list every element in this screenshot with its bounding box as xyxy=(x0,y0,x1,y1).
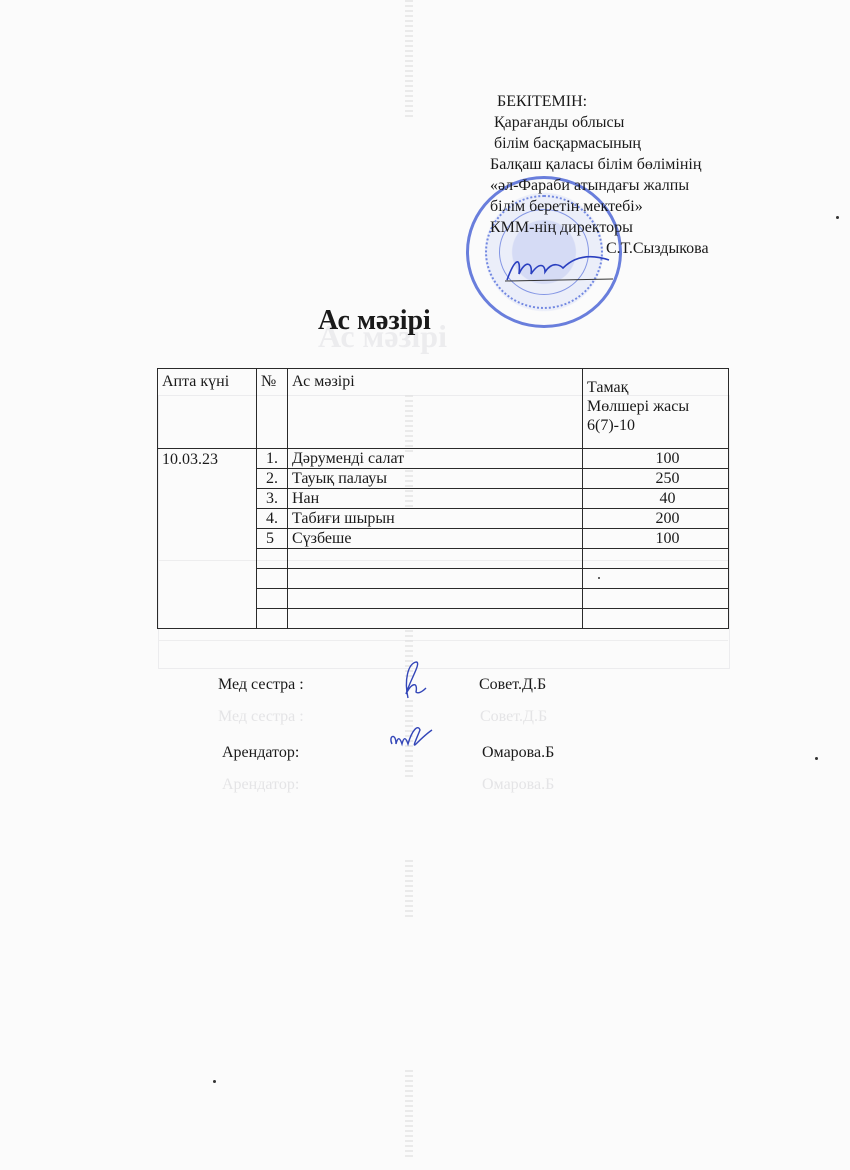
approval-heading: БЕКІТЕМІН: xyxy=(490,91,709,112)
cell-dish: Нан xyxy=(288,489,583,509)
cell-amount: 100 xyxy=(583,449,729,469)
cell-dish: Сүзбеше xyxy=(288,529,583,549)
cell-dish: Табиғи шырын xyxy=(288,509,583,529)
header-number: № xyxy=(257,369,288,449)
ghost-nurse-name: Совет.Д.Б xyxy=(480,708,547,726)
fold-mark xyxy=(405,1070,413,1160)
cell-amount xyxy=(583,589,729,609)
approval-block: БЕКІТЕМІН: Қарағанды облысы білім басқар… xyxy=(490,91,709,259)
header-day: Апта күні xyxy=(158,369,257,449)
scan-speck xyxy=(815,757,818,760)
cell-number: 5 xyxy=(257,529,288,549)
approval-line: «әл-Фараби атындағы жалпы xyxy=(490,175,709,196)
cell-dish xyxy=(288,549,583,569)
scan-speck xyxy=(213,1080,216,1083)
header-amount: Тамақ Мөлшері жасы 6(7)-10 xyxy=(583,369,729,449)
cell-dish: Дәрумендi салат xyxy=(288,449,583,469)
fold-mark xyxy=(405,860,413,920)
cell-number xyxy=(257,589,288,609)
table-header-row: Апта күні № Ас мәзірі Тамақ Мөлшері жасы… xyxy=(158,369,729,449)
fold-mark xyxy=(405,0,413,120)
cell-amount: 200 xyxy=(583,509,729,529)
tenant-label: Арендатор: xyxy=(222,744,299,762)
nurse-label: Мед сестра : xyxy=(218,676,304,694)
cell-number xyxy=(257,569,288,589)
nurse-signature-icon xyxy=(398,660,428,700)
cell-dish xyxy=(288,609,583,629)
cell-dish: Тауық палауы xyxy=(288,469,583,489)
approval-line: Қарағанды облысы xyxy=(490,112,709,133)
cell-date: 10.03.23 xyxy=(158,449,257,629)
page-title: Ас мәзірі xyxy=(318,305,431,337)
approval-line: Балқаш қаласы білім бөлімінің xyxy=(490,154,709,175)
cell-number xyxy=(257,549,288,569)
cell-number: 2. xyxy=(257,469,288,489)
header-amount-line: 6(7)-10 xyxy=(587,416,724,435)
cell-number xyxy=(257,609,288,629)
cell-number: 4. xyxy=(257,509,288,529)
header-amount-line: Тамақ xyxy=(587,372,724,397)
menu-table: Апта күні № Ас мәзірі Тамақ Мөлшері жасы… xyxy=(157,368,729,629)
ghost-tenant-label: Арендатор: xyxy=(222,776,299,794)
cell-amount: 100 xyxy=(583,529,729,549)
header-amount-line: Мөлшері жасы xyxy=(587,397,724,416)
header-dish: Ас мәзірі xyxy=(288,369,583,449)
ghost-tenant-name: Омарова.Б xyxy=(482,776,554,794)
scan-speck xyxy=(836,216,839,219)
nurse-name: Совет.Д.Б xyxy=(479,676,546,694)
cell-amount: 40 xyxy=(583,489,729,509)
cell-dish xyxy=(288,569,583,589)
cell-amount: 250 xyxy=(583,469,729,489)
cell-amount xyxy=(583,569,729,589)
ghost-divider xyxy=(158,640,728,641)
approval-line: білім басқармасының xyxy=(490,133,709,154)
tenant-name: Омарова.Б xyxy=(482,744,554,762)
approval-line: КММ-нің директоры xyxy=(490,217,709,238)
cell-number: 1. xyxy=(257,449,288,469)
tenant-signature-icon xyxy=(386,722,434,758)
cell-number: 3. xyxy=(257,489,288,509)
approval-line: білім беретін мектебі» xyxy=(490,196,709,217)
director-signature-icon xyxy=(505,254,615,282)
cell-amount xyxy=(583,609,729,629)
table-row: 10.03.231.Дәрумендi салат100 xyxy=(158,449,729,469)
ghost-nurse-label: Мед сестра : xyxy=(218,708,304,726)
cell-amount xyxy=(583,549,729,569)
cell-dish xyxy=(288,589,583,609)
